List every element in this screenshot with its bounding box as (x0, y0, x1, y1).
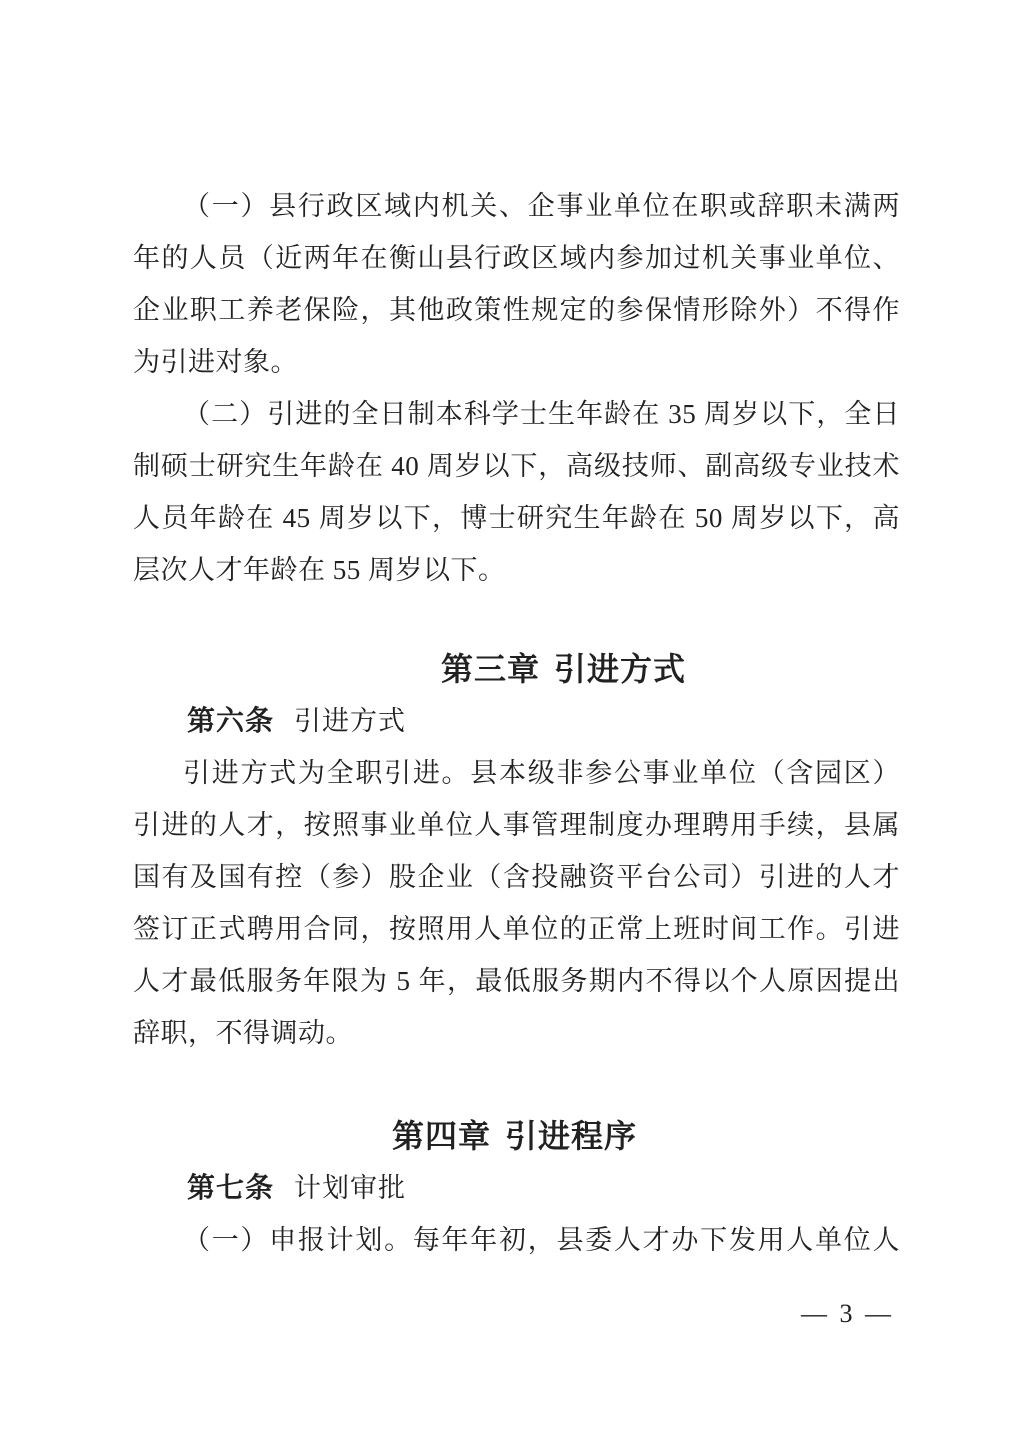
chapter-3-title: 引进方式 (554, 651, 686, 687)
body-line: （二）引进的全日制本科学士生年龄在 35 周岁以下，全日 (133, 388, 900, 440)
chapter-4-title: 引进程序 (505, 1118, 637, 1154)
body-line: 引进的人才，按照事业单位人事管理制度办理聘用手续，县属 (133, 799, 900, 851)
body-line: 国有及国有控（参）股企业（含投融资平台公司）引进的人才 (133, 851, 900, 903)
article-7-title: 计划审批 (294, 1173, 406, 1203)
body-line: （一）申报计划。每年年初，县委人才办下发用人单位人 (133, 1214, 900, 1266)
paragraph-eligibility-exclusion: （一）县行政区域内机关、企事业单位在职或辞职未满两 年的人员（近两年在衡山县行政… (133, 180, 900, 388)
article-6-heading: 第六条引进方式 (133, 695, 900, 747)
body-line: 签订正式聘用合同，按照用人单位的正常上班时间工作。引进 (133, 903, 900, 955)
article-6-title: 引进方式 (294, 706, 406, 736)
chapter-4-heading: 第四章引进程序 (131, 1110, 898, 1162)
paragraph-age-limits: （二）引进的全日制本科学士生年龄在 35 周岁以下，全日 制硕士研究生年龄在 4… (133, 388, 900, 596)
paragraph-recruitment-method: 引进方式为全职引进。县本级非参公事业单位（含园区） 引进的人才，按照事业单位人事… (133, 747, 900, 1059)
page-number: — 3 — (801, 1294, 894, 1334)
chapter-4-number: 第四章 (392, 1118, 491, 1154)
body-line: 年的人员（近两年在衡山县行政区域内参加过机关事业单位、 (133, 232, 900, 284)
body-line: 引进方式为全职引进。县本级非参公事业单位（含园区） (133, 747, 900, 799)
paragraph-plan-declaration: （一）申报计划。每年年初，县委人才办下发用人单位人 (133, 1214, 900, 1266)
chapter-3-heading: 第三章引进方式 (180, 643, 947, 695)
body-line: 制硕士研究生年龄在 40 周岁以下，高级技师、副高级专业技术 (133, 440, 900, 492)
document-page: （一）县行政区域内机关、企事业单位在职或辞职未满两 年的人员（近两年在衡山县行政… (0, 0, 1024, 1441)
body-line: 人员年龄在 45 周岁以下，博士研究生年龄在 50 周岁以下，高 (133, 492, 900, 544)
body-line: 辞职，不得调动。 (133, 1007, 900, 1059)
article-6-number: 第六条 (187, 705, 274, 736)
article-7-number: 第七条 (187, 1172, 274, 1203)
body-line: 人才最低服务年限为 5 年，最低服务期内不得以个人原因提出 (133, 955, 900, 1007)
article-7-heading: 第七条计划审批 (133, 1162, 900, 1214)
chapter-3-number: 第三章 (441, 651, 540, 687)
document-text-block: （一）县行政区域内机关、企事业单位在职或辞职未满两 年的人员（近两年在衡山县行政… (133, 180, 900, 1266)
body-line: 为引进对象。 (133, 336, 900, 388)
body-line: （一）县行政区域内机关、企事业单位在职或辞职未满两 (133, 180, 900, 232)
body-line: 企业职工养老保险，其他政策性规定的参保情形除外）不得作 (133, 284, 900, 336)
body-line: 层次人才年龄在 55 周岁以下。 (133, 544, 900, 596)
